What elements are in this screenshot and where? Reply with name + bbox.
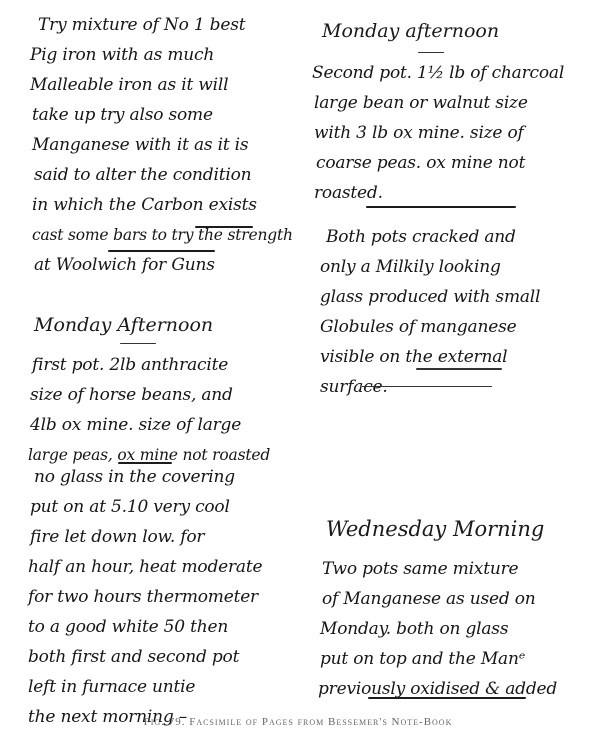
handwritten-line: put on top and the Manᵉ [320,644,557,674]
right-entry-monday-afternoon: Monday afternoon [322,16,499,46]
handwritten-line: roasted. [314,178,564,208]
entry-separator [108,250,215,252]
handwritten-line: first pot. 2lb anthracite [32,350,270,380]
entry-heading: Monday afternoon [322,16,499,46]
entry-separator [362,386,492,387]
handwritten-line: Try mixture of No 1 best [38,10,293,40]
handwritten-line: surface. [320,372,540,402]
handwritten-line: Two pots same mixture [322,554,557,584]
handwritten-line: to a good white 50 then [28,612,262,642]
handwritten-line: Monday. both on glass [320,614,557,644]
handwritten-line: in which the Carbon exists [32,190,293,220]
right-entry-both-pots: Both pots cracked and only a Milkily loo… [320,222,540,402]
handwritten-line: Pig iron with as much [30,40,293,70]
figure-caption: Fig. 79. Facsimile of Pages from Besseme… [0,716,596,728]
handwritten-line: only a Milkily looking [320,252,540,282]
handwritten-line: no glass in the covering [34,462,262,492]
entry-heading: Wednesday Morning [326,514,544,544]
handwritten-line: both first and second pot [28,642,262,672]
handwritten-line: cast some bars to try the strength [32,220,293,250]
entry-heading: Monday Afternoon [34,310,213,340]
entry-separator [366,206,516,208]
handwritten-line: put on at 5.10 very cool [30,492,262,522]
handwritten-line: Globules of manganese [320,312,540,342]
handwritten-line: at Woolwich for Guns [34,250,293,280]
heading-underline [120,343,156,344]
handwritten-line: with 3 lb ox mine. size of [314,118,564,148]
handwritten-line: Both pots cracked and [326,222,540,252]
handwritten-line: 4lb ox mine. size of large [30,410,270,440]
handwritten-line: Manganese with it as it is [32,130,293,160]
handwritten-line: of Manganese as used on [322,584,557,614]
handwritten-line: previously oxidised & added [318,674,557,704]
left-entry-monday-afternoon: Monday Afternoon [34,310,213,340]
handwritten-line: said to alter the condition [34,160,293,190]
notebook-facsimile: Try mixture of No 1 best Pig iron with a… [0,0,596,744]
handwritten-line: large bean or walnut size [314,88,564,118]
handwritten-line: coarse peas. ox mine not [316,148,564,178]
handwritten-line: Second pot. 1½ lb of charcoal [312,58,564,88]
right-entry-wednesday-morning: Wednesday Morning [326,514,544,544]
heading-underline [418,52,444,53]
right-entry-two-pots: Two pots same mixture of Manganese as us… [318,554,557,704]
handwritten-line: Malleable iron as it will [30,70,293,100]
handwritten-line: half an hour, heat moderate [28,552,262,582]
handwritten-line: left in furnace untie [28,672,262,702]
end-dash [416,368,502,370]
left-entry-first-pot: first pot. 2lb anthracite size of horse … [28,350,270,470]
left-entry-no-glass: no glass in the covering put on at 5.10 … [28,462,262,732]
handwritten-line: fire let down low. for [30,522,262,552]
handwritten-line: take up try also some [32,100,293,130]
handwritten-line: size of horse beans, and [30,380,270,410]
underline-guns [195,226,253,228]
handwritten-line: for two hours thermometer [28,582,262,612]
underline-previously [368,697,526,699]
handwritten-line: glass produced with small [320,282,540,312]
left-entry-mixture: Try mixture of No 1 best Pig iron with a… [30,10,293,280]
right-entry-second-pot: Second pot. 1½ lb of charcoal large bean… [312,58,564,208]
